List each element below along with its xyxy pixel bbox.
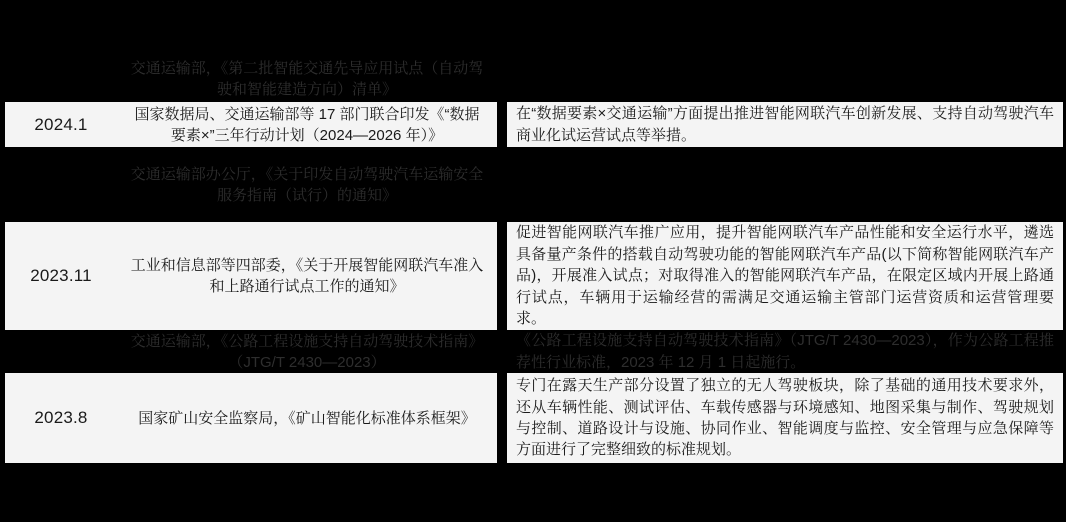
description-cell: 促进智能网联汽车推广应用，提升智能网联汽车产品性能和安全运行水平，遴选具备量产条… [516, 222, 1054, 329]
date-cell: 2023.11 [5, 222, 117, 330]
date-cell [5, 0, 117, 102]
row-left-cell: 2023.8 国家矿山安全监察局，《矿山智能化标准体系框架》 [5, 373, 497, 463]
date-cell: 2024.1 [5, 102, 117, 147]
table-row: 2023.8 国家矿山安全监察局，《矿山智能化标准体系框架》 专门在露天生产部分… [0, 373, 1066, 463]
description-cell: 《公路工程设施支持自动驾驶技术指南》（JTG/T 2430—2023），作为公路… [516, 330, 1054, 373]
policy-cell: 工业和信息部等四部委，《关于开展智能网联汽车准入和上路通行试点工作的通知》 [117, 222, 497, 330]
policy-cell: 国家数据局、交通运输部等 17 部门联合印发《“数据要素×”三年行动计划（202… [117, 102, 497, 147]
column-divider [497, 463, 507, 522]
policy-cell [117, 463, 497, 522]
description-cell: 在“数据要素×交通运输”方面提出推进智能网联汽车创新发展、支持自动驾驶汽车商业化… [516, 103, 1054, 146]
row-left-cell: 2024.1 国家数据局、交通运输部等 17 部门联合印发《“数据要素×”三年行… [5, 102, 497, 147]
row-right-cell: 在“数据要素×交通运输”方面提出推进智能网联汽车创新发展、支持自动驾驶汽车商业化… [507, 102, 1063, 147]
row-right-cell [507, 147, 1063, 222]
row-left-cell: 交通运输部，《第二批智能交通先导应用试点（自动驾驶和智能建造方向）清单》 [5, 0, 497, 102]
policy-cell: 交通运输部办公厅，《关于印发自动驾驶汽车运输安全服务指南（试行）的通知》 [117, 147, 497, 222]
table-row [0, 463, 1066, 522]
row-right-cell [507, 463, 1063, 522]
policy-cell: 交通运输部，《第二批智能交通先导应用试点（自动驾驶和智能建造方向）清单》 [117, 0, 497, 102]
policy-cell: 交通运输部，《公路工程设施支持自动驾驶技术指南》（JTG/T 2430—2023… [117, 330, 497, 373]
table-row: 交通运输部，《公路工程设施支持自动驾驶技术指南》（JTG/T 2430—2023… [0, 330, 1066, 373]
column-divider [497, 147, 507, 222]
policy-timeline-table: 交通运输部，《第二批智能交通先导应用试点（自动驾驶和智能建造方向）清单》 202… [0, 0, 1066, 522]
row-left-cell: 交通运输部，《公路工程设施支持自动驾驶技术指南》（JTG/T 2430—2023… [5, 330, 497, 373]
column-divider [497, 102, 507, 147]
description-cell: 专门在露天生产部分设置了独立的无人驾驶板块，除了基础的通用技术要求外，还从车辆性… [516, 375, 1054, 461]
row-right-cell: 专门在露天生产部分设置了独立的无人驾驶板块，除了基础的通用技术要求外，还从车辆性… [507, 373, 1063, 463]
row-right-cell: 《公路工程设施支持自动驾驶技术指南》（JTG/T 2430—2023），作为公路… [507, 330, 1063, 373]
table-row: 交通运输部办公厅，《关于印发自动驾驶汽车运输安全服务指南（试行）的通知》 [0, 147, 1066, 222]
column-divider [497, 330, 507, 373]
row-right-cell [507, 0, 1063, 102]
policy-cell: 国家矿山安全监察局，《矿山智能化标准体系框架》 [117, 373, 497, 463]
column-divider [497, 373, 507, 463]
date-cell [5, 330, 117, 373]
date-cell: 2023.8 [5, 373, 117, 463]
date-cell [5, 463, 117, 522]
row-left-cell: 交通运输部办公厅，《关于印发自动驾驶汽车运输安全服务指南（试行）的通知》 [5, 147, 497, 222]
row-right-cell: 促进智能网联汽车推广应用，提升智能网联汽车产品性能和安全运行水平，遴选具备量产条… [507, 222, 1063, 330]
table-row: 2023.11 工业和信息部等四部委，《关于开展智能网联汽车准入和上路通行试点工… [0, 222, 1066, 330]
date-cell [5, 147, 117, 222]
row-left-cell [5, 463, 497, 522]
row-left-cell: 2023.11 工业和信息部等四部委，《关于开展智能网联汽车准入和上路通行试点工… [5, 222, 497, 330]
column-divider [497, 0, 507, 102]
table-row: 2024.1 国家数据局、交通运输部等 17 部门联合印发《“数据要素×”三年行… [0, 102, 1066, 147]
column-divider [497, 222, 507, 330]
table-row: 交通运输部，《第二批智能交通先导应用试点（自动驾驶和智能建造方向）清单》 [0, 0, 1066, 102]
